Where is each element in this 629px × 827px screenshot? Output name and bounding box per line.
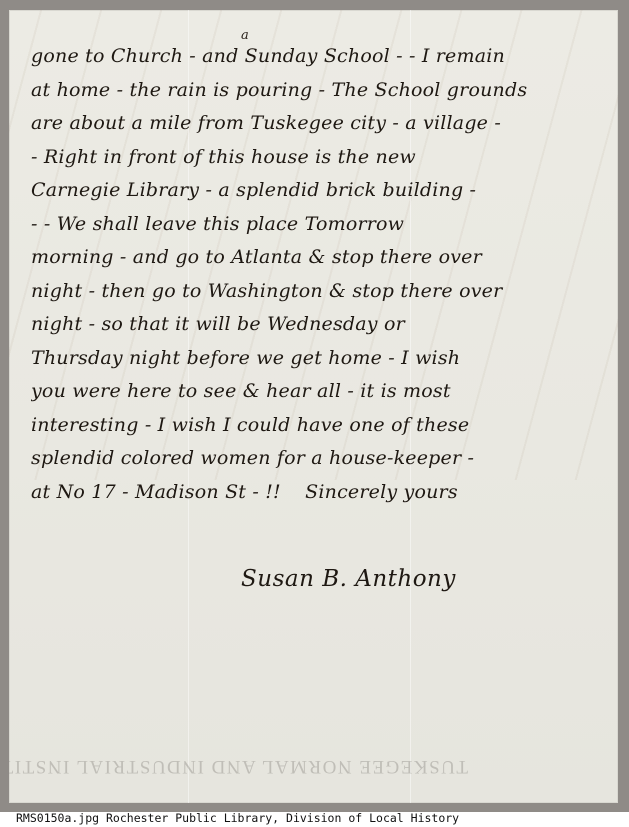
letter-line: - Right in front of this house is the ne… <box>31 141 611 175</box>
letter-page: TUSKEGEE NORMAL AND INDUSTRIAL INSTITUTE… <box>9 10 618 803</box>
signature: Susan B. Anthony <box>241 566 456 592</box>
letter-body: gone to Church - and Sunday School - - I… <box>31 40 611 509</box>
letter-line: splendid colored women for a house-keepe… <box>31 442 611 476</box>
letter-line: gone to Church - and Sunday School - - I… <box>31 40 611 74</box>
letterhead-institution-name: TUSKEGEE NORMAL AND INDUSTRIAL INSTITUTE <box>9 755 468 777</box>
letter-line: Thursday night before we get home - I wi… <box>31 342 611 376</box>
letter-line: night - so that it will be Wednesday or <box>31 308 611 342</box>
letter-line-with-closing: at No 17 - Madison St - !! Sincerely you… <box>31 476 611 510</box>
letter-line: interesting - I wish I could have one of… <box>31 409 611 443</box>
letter-line: morning - and go to Atlanta & stop there… <box>31 241 611 275</box>
letter-line: are about a mile from Tuskegee city - a … <box>31 107 611 141</box>
letter-line: at home - the rain is pouring - The Scho… <box>31 74 611 108</box>
letter-line: - - We shall leave this place Tomorrow <box>31 208 611 242</box>
letter-line: night - then go to Washington & stop the… <box>31 275 611 309</box>
image-caption: RMS0150a.jpg Rochester Public Library, D… <box>16 810 459 826</box>
letter-line: at No 17 - Madison St - !! <box>31 481 281 503</box>
letter-line: you were here to see & hear all - it is … <box>31 375 611 409</box>
closing: Sincerely yours <box>305 481 458 503</box>
letter-line: Carnegie Library - a splendid brick buil… <box>31 174 611 208</box>
